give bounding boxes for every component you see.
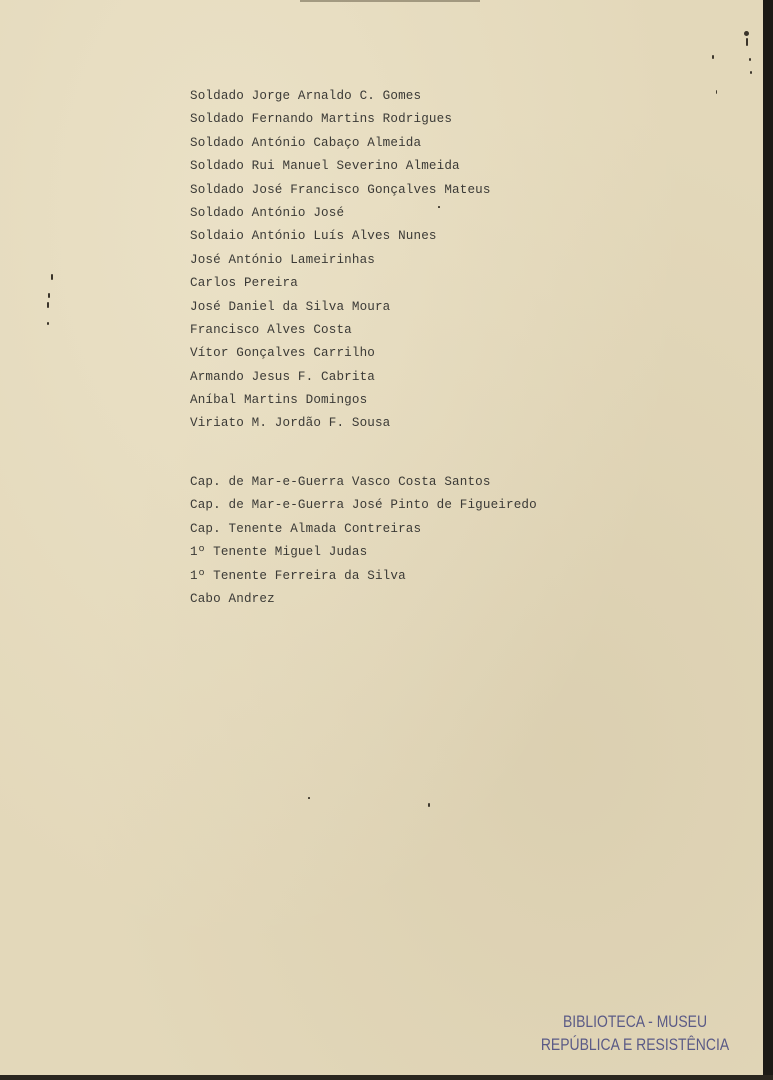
ink-speck [308, 797, 310, 799]
ink-speck [749, 58, 751, 61]
stamp-line-1: BIBLIOTECA - MUSEU [541, 1010, 730, 1033]
library-stamp: BIBLIOTECA - MUSEU REPÚBLICA E RESISTÊNC… [541, 1010, 730, 1056]
enlisted-name-list: Soldado Jorge Arnaldo C. Gomes Soldado F… [190, 85, 491, 436]
list-item: Cabo Andrez [190, 588, 537, 611]
list-item: Soldado António José [190, 202, 491, 225]
ink-speck [51, 274, 53, 280]
list-item: 1º Tenente Ferreira da Silva [190, 565, 537, 588]
ink-speck [716, 90, 717, 94]
list-item: Soldado Jorge Arnaldo C. Gomes [190, 85, 491, 108]
list-item: Aníbal Martins Domingos [190, 389, 491, 412]
list-item: Soldaio António Luís Alves Nunes [190, 225, 491, 248]
officers-name-list: Cap. de Mar-e-Guerra Vasco Costa Santos … [190, 471, 537, 611]
page-top-shadow [300, 0, 480, 2]
list-item: Cap. de Mar-e-Guerra Vasco Costa Santos [190, 471, 537, 494]
list-item: Viriato M. Jordão F. Sousa [190, 412, 491, 435]
ink-speck [438, 206, 440, 208]
ink-speck [47, 302, 49, 308]
list-item: Armando Jesus F. Cabrita [190, 366, 491, 389]
list-item: Carlos Pereira [190, 272, 491, 295]
list-item: Soldado José Francisco Gonçalves Mateus [190, 179, 491, 202]
list-item: Soldado António Cabaço Almeida [190, 132, 491, 155]
list-item: Soldado Rui Manuel Severino Almeida [190, 155, 491, 178]
ink-speck [428, 803, 430, 807]
list-item: Soldado Fernando Martins Rodrigues [190, 108, 491, 131]
list-item: Cap. de Mar-e-Guerra José Pinto de Figue… [190, 494, 537, 517]
list-item: Cap. Tenente Almada Contreiras [190, 518, 537, 541]
stamp-line-2: REPÚBLICA E RESISTÊNCIA [541, 1033, 730, 1056]
list-item: José Daniel da Silva Moura [190, 296, 491, 319]
list-item: José António Lameirinhas [190, 249, 491, 272]
ink-speck [48, 293, 50, 298]
scan-border-right [763, 0, 773, 1080]
document-page: Soldado Jorge Arnaldo C. Gomes Soldado F… [0, 0, 763, 1075]
list-item: Francisco Alves Costa [190, 319, 491, 342]
list-item: Vítor Gonçalves Carrilho [190, 342, 491, 365]
ink-speck [712, 55, 714, 59]
ink-speck [746, 38, 748, 46]
ink-speck [750, 71, 752, 74]
scan-border-bottom [0, 1075, 773, 1080]
list-item: 1º Tenente Miguel Judas [190, 541, 537, 564]
ink-speck [47, 322, 49, 325]
ink-speck [744, 31, 749, 36]
